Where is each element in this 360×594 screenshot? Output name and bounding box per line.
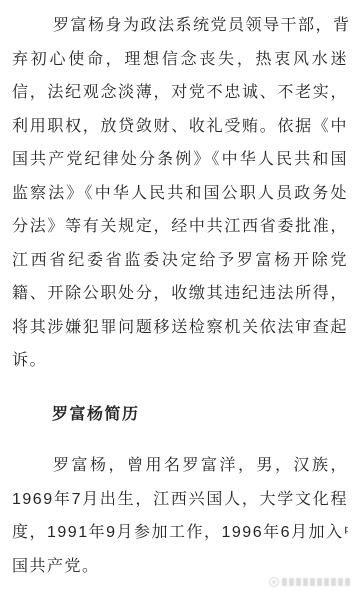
text-line: 分法》等有关规定，经中共江西省委批准， — [12, 210, 348, 244]
text-line: 国共产党纪律处分条例》《中华人民共和国 — [12, 143, 348, 177]
text-line: 利用职权，放贷敛财、收礼受贿。依据《中 — [12, 110, 348, 144]
text-line: 江西省纪委省监委决定给予罗富杨开除党 — [12, 244, 348, 278]
text-line: 度，1991年9月参加工作，1996年6月加入中 — [12, 516, 348, 550]
text-line: 信，法纪观念淡薄，对党不忠诚、不老实， — [12, 76, 348, 110]
text-line: 籍、开除公职处分，收缴其违纪违法所得， — [12, 277, 348, 311]
text-line: 弃初心使命，理想信念丧失，热衷风水迷 — [12, 43, 348, 77]
text-line: 诉。 — [12, 344, 348, 378]
paragraph-biography: 罗富杨，曾用名罗富洋，男，汉族， 1969年7月出生，江西兴国人，大学文化程 度… — [12, 449, 348, 583]
watermark — [269, 577, 352, 587]
text-line: 罗富杨身为政法系统党员领导干部，背 — [12, 9, 348, 43]
text-line: 监察法》《中华人民共和国公职人员政务处 — [12, 177, 348, 211]
paragraph-disposition: 罗富杨身为政法系统党员领导干部，背 弃初心使命，理想信念丧失，热衷风水迷 信，法… — [12, 9, 348, 378]
watermark-text-smudge — [282, 578, 352, 586]
section-heading-resume: 罗富杨简历 — [12, 398, 348, 432]
weibo-logo-icon — [269, 577, 279, 587]
text-line: 将其涉嫌犯罪问题移送检察机关依法审查起 — [12, 311, 348, 345]
text-line: 罗富杨，曾用名罗富洋，男，汉族， — [12, 449, 348, 483]
text-line: 1969年7月出生，江西兴国人，大学文化程 — [12, 483, 348, 517]
article-body: 罗富杨身为政法系统党员领导干部，背 弃初心使命，理想信念丧失，热衷风水迷 信，法… — [0, 0, 360, 583]
